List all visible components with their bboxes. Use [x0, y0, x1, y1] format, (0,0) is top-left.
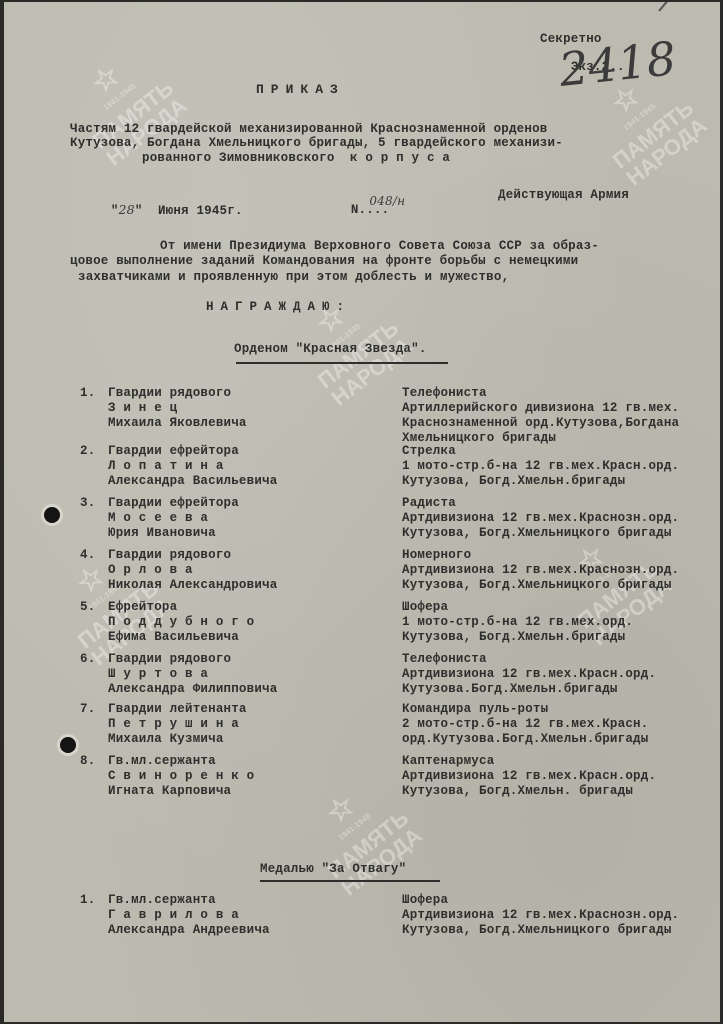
- entry-surname: С в и н о р е н к о: [108, 769, 254, 783]
- addressee-line: Частям 12 гвардейской механизированной К…: [70, 122, 547, 136]
- entry-unit: Артдивизиона 12 гв.мех.Красн.орд.: [402, 769, 656, 783]
- entry-surname: Г а в р и л о в а: [108, 908, 239, 922]
- entry-number: 7.: [80, 702, 95, 716]
- preamble-line: захватчиками и проявленную при этом добл…: [78, 270, 509, 284]
- scanned-document-page: ☆ 1941-1945 ПАМЯТЬ НАРОДА ☆ 1941-1945 ПА…: [4, 2, 720, 1022]
- entry-rank: Ефрейтора: [108, 600, 177, 614]
- entry-unit: орд.Кутузова.Богд.Хмельн.бригады: [402, 732, 648, 746]
- entry-given-name: Александра Васильевича: [108, 474, 277, 488]
- document-title: ПРИКАЗ: [256, 82, 345, 97]
- entry-number: 8.: [80, 754, 95, 768]
- entry-given-name: Ефима Васильевича: [108, 630, 239, 644]
- entry-position: Стрелка: [402, 444, 456, 458]
- entry-position: Номерного: [402, 548, 471, 562]
- entry-surname: П о д д у б н о г о: [108, 615, 254, 629]
- entry-number: 4.: [80, 548, 95, 562]
- entry-unit: Артиллерийского дивизиона 12 гв.мех.: [402, 401, 679, 415]
- entry-given-name: Игната Карповича: [108, 784, 231, 798]
- entry-rank: Гв.мл.сержанта: [108, 754, 216, 768]
- entry-unit: Кутузова, Богд.Хмельницкого бригады: [402, 923, 672, 937]
- preamble-line: От имени Президиума Верховного Совета Со…: [160, 239, 599, 253]
- entry-given-name: Юрия Ивановича: [108, 526, 216, 540]
- entry-number: 6.: [80, 652, 95, 666]
- entry-number: 1.: [80, 893, 95, 907]
- entry-number: 1.: [80, 386, 95, 400]
- entry-number: 3.: [80, 496, 95, 510]
- entry-rank: Гвардии рядового: [108, 386, 231, 400]
- entry-unit: 2 мото-стр.б-на 12 гв.мех.Красн.: [402, 717, 648, 731]
- entry-unit: Кутузова, Богд.Хмельницкого бригады: [402, 578, 672, 592]
- entry-unit: Краснознаменной орд.Кутузова,Богдана: [402, 416, 679, 430]
- entry-number: 5.: [80, 600, 95, 614]
- award-heading: НАГРАЖДАЮ:: [206, 300, 351, 314]
- section-title-bravery-medal: Медалью "За Отвагу": [260, 862, 406, 876]
- title-underline: [260, 880, 440, 882]
- pen-stroke: [658, 2, 683, 12]
- entry-rank: Гвардии ефрейтора: [108, 496, 239, 510]
- entry-position: Радиста: [402, 496, 456, 510]
- entry-number: 2.: [80, 444, 95, 458]
- preamble-line: цовое выполнение заданий Командования на…: [70, 254, 578, 268]
- entry-given-name: Александра Филипповича: [108, 682, 277, 696]
- entry-rank: Гвардии рядового: [108, 548, 231, 562]
- entry-unit: Артдивизиона 12 гв.мех.Красн.орд.: [402, 667, 656, 681]
- entry-rank: Гв.мл.сержанта: [108, 893, 216, 907]
- entry-unit: 1 мото-стр.б-на 12 гв.мех.Красн.орд.: [402, 459, 679, 473]
- entry-unit: Артдивизиона 12 гв.мех.Краснозн.орд.: [402, 908, 679, 922]
- title-underline: [236, 362, 448, 364]
- entry-rank: Гвардии рядового: [108, 652, 231, 666]
- entry-position: Телефониста: [402, 386, 487, 400]
- entry-unit: Кутузова, Богд.Хмельн.бригады: [402, 474, 625, 488]
- entry-surname: Л о п а т и н а: [108, 459, 224, 473]
- entry-given-name: Николая Александровича: [108, 578, 277, 592]
- entry-surname: М о с е е в а: [108, 511, 208, 525]
- entry-rank: Гвардии лейтенанта: [108, 702, 247, 716]
- entry-unit: Кутузова, Богд.Хмельницкого бригады: [402, 526, 672, 540]
- star-icon: ☆: [62, 42, 150, 118]
- entry-given-name: Михаила Яковлевича: [108, 416, 247, 430]
- entry-surname: З и н е ц: [108, 401, 177, 415]
- entry-given-name: Михаила Кузмича: [108, 732, 224, 746]
- entry-position: Шофера: [402, 893, 448, 907]
- order-date: "28" Июня 1945г.: [80, 188, 243, 232]
- entry-position: Командира пуль-роты: [402, 702, 548, 716]
- punch-hole: [60, 737, 76, 753]
- entry-unit: Хмельницкого бригады: [402, 431, 556, 445]
- entry-given-name: Александра Андреевича: [108, 923, 270, 937]
- entry-position: Шофера: [402, 600, 448, 614]
- addressee-line: рованного Зимовниковского к о р п у с а: [142, 151, 450, 165]
- entry-position: Телефониста: [402, 652, 487, 666]
- entry-position: Каптенармуса: [402, 754, 494, 768]
- star-icon: ☆: [297, 772, 385, 848]
- location: Действующая Армия: [498, 188, 629, 202]
- entry-unit: Кутузова, Богд.Хмельн. бригады: [402, 784, 633, 798]
- entry-surname: Ш у р т о в а: [108, 667, 208, 681]
- order-number: N....048/н: [320, 188, 425, 231]
- addressee-line: Кутузова, Богдана Хмельницкого бригады, …: [70, 136, 563, 150]
- handwritten-number: 2418: [556, 31, 678, 97]
- entry-unit: 1 мото-стр.б-на 12 гв.мех.орд.: [402, 615, 633, 629]
- entry-unit: Артдивизиона 12 гв.мех.Краснозн.орд.: [402, 563, 679, 577]
- section-title-red-star: Орденом "Красная Звезда".: [234, 342, 427, 356]
- punch-hole: [44, 507, 60, 523]
- entry-rank: Гвардии ефрейтора: [108, 444, 239, 458]
- entry-surname: О р л о в а: [108, 563, 193, 577]
- entry-surname: П е т р у ш и н а: [108, 717, 239, 731]
- entry-unit: Кутузова.Богд.Хмельн.бригады: [402, 682, 618, 696]
- entry-unit: Кутузова, Богд.Хмельн.бригады: [402, 630, 625, 644]
- entry-unit: Артдивизиона 12 гв.мех.Краснозн.орд.: [402, 511, 679, 525]
